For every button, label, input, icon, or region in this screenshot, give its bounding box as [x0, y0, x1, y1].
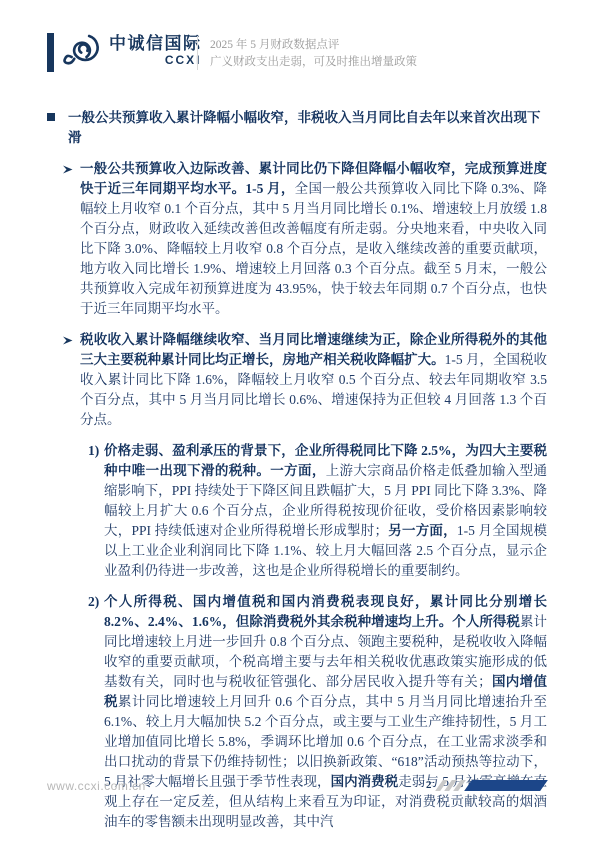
- numbered-paragraph-text: 价格走弱、盈利承压的背景下，企业所得税同比下降 2.5%，为四大主要税种中唯一出…: [104, 441, 547, 581]
- bullet-paragraph-budget-revenue: 一般公共预算收入边际改善、累计同比仍下降但降幅小幅收窄，完成预算进度快于近三年同…: [47, 159, 547, 319]
- bullet-paragraph-text: 税收收入累计降幅继续收窄、当月同比增速继续为正，除企业所得税外的其他三大主要税种…: [80, 330, 547, 430]
- elephant-logo-icon: [62, 31, 104, 69]
- section-heading: 一般公共预算收入累计降幅小幅收窄，非税收入当月同比自去年以来首次出现下滑: [68, 108, 547, 148]
- list-number: 1): [88, 441, 104, 581]
- footer-website-link[interactable]: www.ccxi.com.cn: [47, 779, 146, 793]
- logo-text: 中诚信国际 CCXI: [109, 34, 202, 67]
- arrow-bullet-icon: [47, 330, 80, 430]
- page-number: 2: [426, 779, 432, 791]
- document-titles: 2025 年 5 月财政数据点评 广义财政支出走弱，可及时推出增量政策: [210, 37, 417, 71]
- bullet-paragraph-text: 一般公共预算收入边际改善、累计同比仍下降但降幅小幅收窄，完成预算进度快于近三年同…: [80, 159, 547, 319]
- header-divider: [197, 36, 198, 70]
- footer-stripes-decoration: [439, 780, 544, 791]
- header-accent-bar: [47, 33, 54, 72]
- ccxi-logo: 中诚信国际 CCXI: [62, 31, 202, 69]
- numbered-paragraph-personal-vat-consumption-tax: 2) 个人所得税、国内增值税和国内消费税表现良好，累计同比分别增长 8.2%、2…: [88, 592, 547, 832]
- square-bullet-icon: [47, 113, 55, 121]
- document-subtitle: 广义财政支出走弱，可及时推出增量政策: [210, 54, 417, 71]
- arrow-bullet-icon: [47, 159, 80, 319]
- regular-run: 全国一般公共预算收入同比下降 0.3%、降幅较上月收窄 0.1 个百分点，其中 …: [80, 181, 547, 316]
- logo-english-abbr: CCXI: [165, 54, 202, 67]
- report-page: 中诚信国际 CCXI 2025 年 5 月财政数据点评 广义财政支出走弱，可及时…: [0, 0, 595, 841]
- report-body: 一般公共预算收入累计降幅小幅收窄，非税收入当月同比自去年以来首次出现下滑 一般公…: [47, 108, 547, 832]
- document-title: 2025 年 5 月财政数据点评: [210, 37, 417, 54]
- bold-run: 国内消费税: [331, 774, 399, 789]
- list-number: 2): [88, 592, 104, 832]
- bold-run: 个人所得税、国内增值税和国内消费税表现良好，累计同比分别增长 8.2%、2.4%…: [104, 594, 547, 629]
- stripe-blue-icon: [464, 780, 548, 791]
- bullet-paragraph-tax-revenue: 税收收入累计降幅继续收窄、当月同比增速继续为正，除企业所得税外的其他三大主要税种…: [47, 330, 547, 430]
- bold-run: 另一方面，: [388, 523, 457, 538]
- numbered-paragraph-text: 个人所得税、国内增值税和国内消费税表现良好，累计同比分别增长 8.2%、2.4%…: [104, 592, 547, 832]
- numbered-paragraph-corporate-income-tax: 1) 价格走弱、盈利承压的背景下，企业所得税同比下降 2.5%，为四大主要税种中…: [88, 441, 547, 581]
- logo-chinese-name: 中诚信国际: [109, 34, 202, 54]
- section-heading-row: 一般公共预算收入累计降幅小幅收窄，非税收入当月同比自去年以来首次出现下滑: [47, 108, 547, 148]
